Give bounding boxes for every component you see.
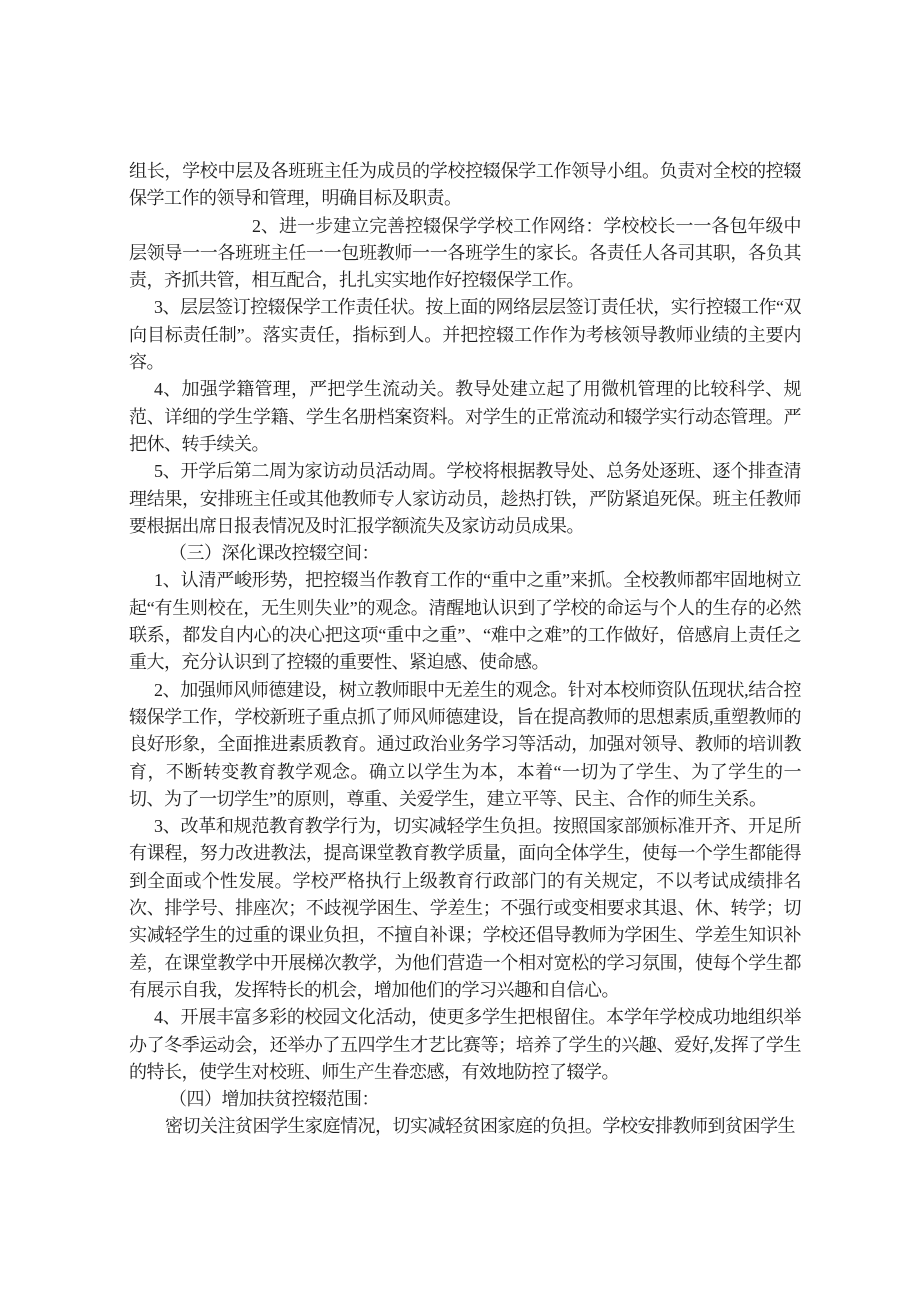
paragraph: 4、加强学籍管理，严把学生流动关。教导处建立起了用微机管理的比较科学、规范、详细…: [129, 376, 801, 458]
paragraph: （三）深化课改控辍空间：: [129, 540, 801, 567]
document-page: 组长，学校中层及各班班主任为成员的学校控辍保学工作领导小组。负责对全校的控辍保学…: [0, 0, 920, 1301]
paragraph: 3、层层签订控辍保学工作责任状。按上面的网络层层签订责任状，实行控辍工作“双向目…: [129, 294, 801, 376]
paragraph: 密切关注贫困学生家庭情况，切实减轻贫困家庭的负担。学校安排教师到贫困学生: [129, 1113, 801, 1140]
paragraph: （四）增加扶贫控辍范围：: [129, 1086, 801, 1113]
paragraph: 2、进一步建立完善控辍保学学校工作网络：学校校长一一各包年级中层领导一一各班班主…: [129, 213, 801, 295]
paragraph: 3、改革和规范教育教学行为，切实减轻学生负担。按照国家部颁标准开齐、开足所有课程…: [129, 813, 801, 1004]
paragraph: 5、开学后第二周为家访动员活动周。学校将根据教导处、总务处逐班、逐个排查清理结果…: [129, 458, 801, 540]
paragraph: 组长，学校中层及各班班主任为成员的学校控辍保学工作领导小组。负责对全校的控辍保学…: [129, 158, 801, 213]
document-text-block: 组长，学校中层及各班班主任为成员的学校控辍保学工作领导小组。负责对全校的控辍保学…: [129, 158, 801, 1141]
paragraph: 1、认清严峻形势，把控辍当作教育工作的“重中之重”来抓。全校教师都牢固地树立起“…: [129, 567, 801, 676]
paragraph: 4、开展丰富多彩的校园文化活动，使更多学生把根留住。本学年学校成功地组织举办了冬…: [129, 1004, 801, 1086]
paragraph: 2、加强师风师德建设，树立教师眼中无差生的观念。针对本校师资队伍现状,结合控辍保…: [129, 677, 801, 813]
